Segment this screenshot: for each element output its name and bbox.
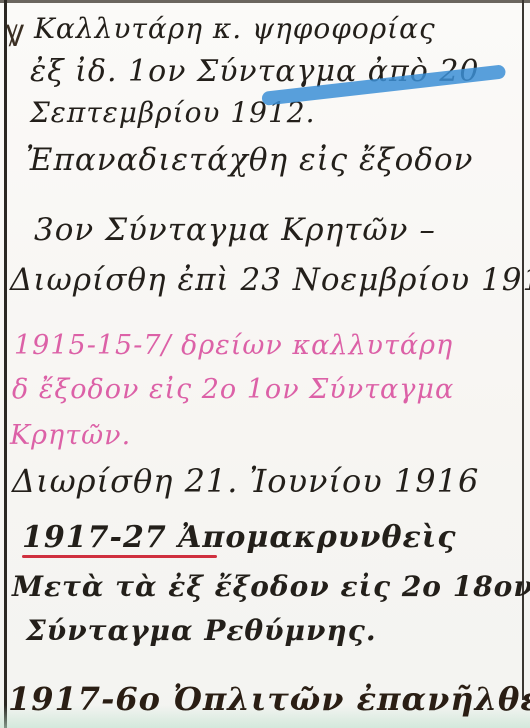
left-margin-line bbox=[4, 0, 7, 728]
handwritten-line: Σύνταγμα Ρεθύμνης. bbox=[26, 614, 377, 647]
handwritten-line: Διωρίσθη 21. Ἰουνίου 1916 bbox=[12, 462, 479, 500]
handwritten-line: Καλλυτάρη κ. ψηφοφορίας bbox=[34, 12, 436, 45]
margin-mark-icon: Ꝟ bbox=[6, 14, 24, 55]
red-underline bbox=[22, 555, 217, 558]
document-page: Ꝟ Καλλυτάρη κ. ψηφοφορίας ἐξ ἰδ. 1ον Σύν… bbox=[0, 0, 530, 728]
handwritten-line-red: δ ἔξοδον εἰς 2ο 1ον Σύνταγμα bbox=[12, 374, 454, 405]
handwritten-line-red: 1915-15-7/ δρείων καλλυτάρη bbox=[14, 330, 453, 361]
top-border-line bbox=[0, 0, 530, 3]
handwritten-line: Διωρίσθη ἐπὶ 23 Νοεμβρίου 1913 bbox=[10, 262, 530, 298]
handwritten-line: 1917-27 Ἀπομακρυνθεὶς bbox=[22, 520, 457, 555]
handwritten-line: 3ον Σύνταγμα Κρητῶν – bbox=[34, 212, 436, 248]
handwritten-line: Ἐπαναδιετάχθη εἰς ἔξοδον bbox=[26, 142, 474, 178]
handwritten-line: 1917-6ο Ὀπλιτῶν ἐπανῆλθεν bbox=[8, 680, 530, 718]
handwritten-line: Μετὰ τὰ ἐξ ἔξοδον εἰς 2ο 18ον bbox=[12, 570, 530, 603]
handwritten-line-red: Κρητῶν. bbox=[10, 420, 131, 451]
